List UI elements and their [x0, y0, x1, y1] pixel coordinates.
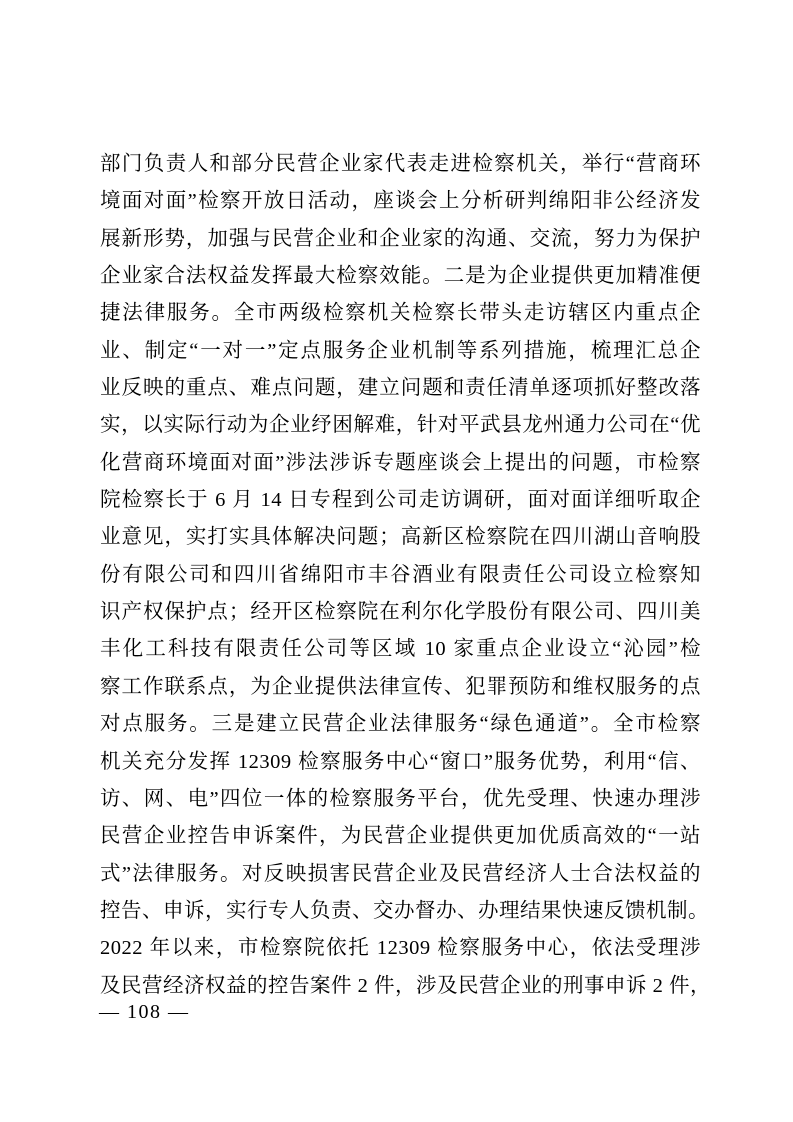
text-line: 控告、申诉，实行专人负责、交办督办、办理结果快速反馈机制。: [100, 893, 701, 930]
text-line: 份有限公司和四川省绵阳市丰谷酒业有限责任公司设立检察知: [100, 557, 701, 594]
text-line: 业反映的重点、难点问题，建立问题和责任清单逐项抓好整改落: [100, 370, 701, 407]
text-line: 识产权保护点；经开区检察院在利尔化学股份有限公司、四川美: [100, 594, 701, 631]
text-line: 访、网、电”四位一体的检察服务平台，优先受理、快速办理涉: [100, 781, 701, 818]
text-line: 企业家合法权益发挥最大检察效能。二是为企业提供更加精准便: [100, 258, 701, 295]
text-line: 部门负责人和部分民营企业家代表走进检察机关，举行“营商环: [100, 146, 701, 183]
text-line: 民营企业控告申诉案件，为民营企业提供更加优质高效的“一站: [100, 818, 701, 855]
text-line: 捷法律服务。全市两级检察机关检察长带头走访辖区内重点企: [100, 295, 701, 332]
text-line: 式”法律服务。对反映损害民营企业及民营经济人士合法权益的: [100, 856, 701, 893]
text-line: 院检察长于 6 月 14 日专程到公司走访调研，面对面详细听取企: [100, 482, 701, 519]
text-line: 展新形势，加强与民营企业和企业家的沟通、交流，努力为保护: [100, 221, 701, 258]
text-line: 机关充分发挥 12309 检察服务中心“窗口”服务优势，利用“信、: [100, 744, 701, 781]
text-line: 2022 年以来，市检察院依托 12309 检察服务中心，依法受理涉: [100, 930, 701, 967]
text-line: 化营商环境面对面”涉法涉诉专题座谈会上提出的问题，市检察: [100, 445, 701, 482]
body-text: 部门负责人和部分民营企业家代表走进检察机关，举行“营商环 境面对面”检察开放日活…: [100, 146, 701, 1005]
text-line: 对点服务。三是建立民营企业法律服务“绿色通道”。全市检察: [100, 706, 701, 743]
page-number: — 108 —: [99, 1000, 190, 1024]
text-line: 丰化工科技有限责任公司等区域 10 家重点企业设立“沁园”检: [100, 631, 701, 668]
document-page: 部门负责人和部分民营企业家代表走进检察机关，举行“营商环 境面对面”检察开放日活…: [0, 0, 793, 1122]
text-line: 及民营经济权益的控告案件 2 件，涉及民营企业的刑事申诉 2 件，: [100, 968, 701, 1005]
text-line: 业、制定“一对一”定点服务企业机制等系列措施，梳理汇总企: [100, 333, 701, 370]
text-line: 业意见，实打实具体解决问题；高新区检察院在四川湖山音响股: [100, 519, 701, 556]
text-line: 察工作联系点，为企业提供法律宣传、犯罪预防和维权服务的点: [100, 669, 701, 706]
text-line: 境面对面”检察开放日活动，座谈会上分析研判绵阳非公经济发: [100, 183, 701, 220]
text-line: 实，以实际行动为企业纾困解难，针对平武县龙州通力公司在“优: [100, 407, 701, 444]
